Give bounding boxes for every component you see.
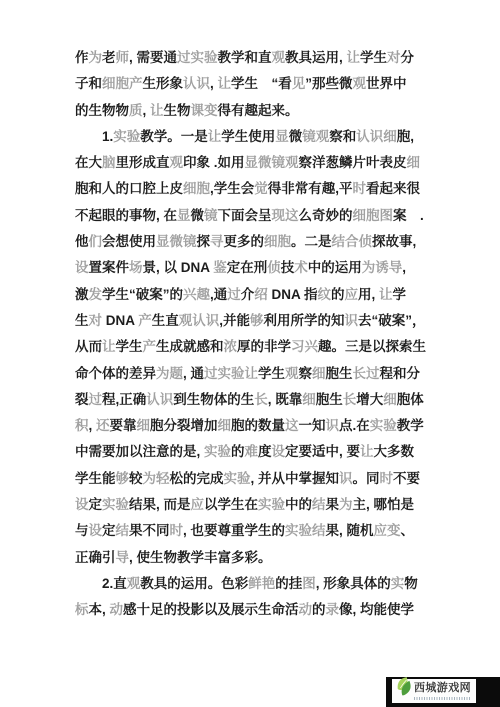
dark-text-run: 用, — [358, 287, 379, 302]
dark-text-run: 胞生 — [316, 392, 343, 407]
dark-text-run: 去“破案”， — [358, 313, 426, 328]
dark-text-run: 学生“破案”的 — [102, 287, 183, 302]
light-text-run: 为诱导 — [362, 260, 403, 275]
dark-text-run: 他 — [75, 234, 89, 249]
dark-text-run: 印象 .如用 — [183, 155, 245, 170]
dark-text-run: 教具运用, — [285, 50, 347, 65]
dark-text-run: 老 — [102, 50, 116, 65]
dark-text-run: 学生使用 — [221, 129, 275, 144]
dark-text-run: 定 — [89, 497, 103, 512]
light-text-run: 识 — [345, 313, 359, 328]
dark-text-run: 么奇妙的 — [299, 208, 353, 223]
watermark-subtext — [414, 697, 470, 700]
dark-text-run: 里形成直 — [116, 155, 170, 170]
dark-text-run: 胞体 — [397, 392, 424, 407]
dark-text-run: 察 — [299, 366, 313, 381]
dark-text-run: 主, 哪怕是 — [353, 497, 415, 512]
light-text-run: 轻 — [156, 471, 170, 486]
light-text-run: 导 — [116, 550, 130, 565]
light-text-run: 镜 — [302, 129, 316, 144]
watermark-panel: 西城游戏网 — [386, 677, 500, 707]
light-text-run: 实验 — [191, 50, 218, 65]
dark-text-run: 的挂 — [275, 576, 302, 591]
dark-text-run: 察和 — [329, 129, 356, 144]
dark-text-run: 以学生在 — [204, 497, 258, 512]
dark-text-run: 、 — [401, 523, 415, 538]
dark-text-run: , — [402, 260, 406, 275]
light-text-run: 让 — [102, 339, 116, 354]
light-text-run: 观 — [285, 155, 299, 170]
dark-text-run: 教学和直 — [218, 50, 272, 65]
dark-text-run: 定要适中, 要 — [285, 444, 360, 459]
dark-text-run: DNA 指 — [268, 287, 318, 302]
light-text-run: 实验 — [204, 444, 231, 459]
light-text-run: 质 — [129, 103, 143, 118]
dark-text-run: 学生 “看 — [231, 76, 292, 91]
dark-text-run: , 也要尊重学生的 — [183, 523, 285, 538]
light-text-run: 产 — [143, 339, 157, 354]
dark-text-run: 世界中 — [366, 76, 407, 91]
light-text-run: 习兴 — [291, 339, 318, 354]
light-text-run: 实验 — [370, 418, 397, 433]
dark-text-run: 的 — [331, 287, 345, 302]
light-text-run: 现这 — [272, 208, 299, 223]
dark-text-run: 裂 — [75, 392, 89, 407]
dark-text-run: 利用所学的知 — [264, 313, 345, 328]
light-text-run: 细胞 — [264, 234, 291, 249]
dark-text-run: 生 — [75, 313, 89, 328]
light-text-run: 发 — [89, 287, 103, 302]
dark-text-run: 物 — [404, 576, 418, 591]
document-body: 作为老师, 需要通过实验教学和直观教具运用, 让学生对分子和细胞产生形象认识, … — [75, 45, 429, 624]
light-text-run: 结 — [116, 523, 130, 538]
light-text-run: 对 — [387, 50, 401, 65]
dark-text-run: 生物 — [164, 103, 191, 118]
text-line: 胞和人的口腔上皮细胞,学生会觉得非常有趣,平时看起来很 — [75, 176, 429, 202]
light-text-run: 让 — [150, 103, 164, 118]
watermark-site-name: 西城游戏网 — [414, 682, 474, 695]
dark-text-run: ,并能 — [219, 313, 250, 328]
light-text-run: 过 — [177, 50, 191, 65]
dark-text-run: 学生能 — [75, 471, 116, 486]
dark-text-run: 点.在 — [339, 418, 370, 433]
light-text-run: 产 — [129, 76, 143, 91]
light-text-run: 实验 — [258, 497, 285, 512]
light-text-run: 够 — [250, 313, 264, 328]
dark-text-run: 教学。一是 — [140, 129, 208, 144]
light-text-run: 长 — [343, 392, 357, 407]
watermark-box: 西城游戏网 — [392, 679, 476, 703]
dark-text-run: 会想使用 — [102, 234, 156, 249]
light-text-run: 难 — [245, 444, 259, 459]
light-text-run: 术 — [294, 260, 308, 275]
dark-text-run: , 通 — [183, 366, 204, 381]
dark-text-run: 教具的运用。色彩 — [140, 576, 248, 591]
dark-text-run: , — [89, 418, 97, 433]
light-text-run: 为 — [143, 471, 157, 486]
light-text-run: 显微镜 — [156, 234, 197, 249]
text-line: 他们会想使用显微镜探寻更多的细胞。二是结合侦探故事, — [75, 229, 429, 255]
light-text-run: 寻 — [210, 234, 224, 249]
dark-text-run: 1. — [102, 129, 113, 144]
light-text-run: 细胞 — [102, 76, 129, 91]
dark-text-run: 分 — [401, 50, 415, 65]
dark-text-run: 胞, — [397, 129, 414, 144]
light-text-run: 显微镜 — [245, 155, 286, 170]
dark-text-run: 在大 — [75, 155, 102, 170]
dark-text-run: 增大 — [356, 392, 383, 407]
dark-text-run: 定在刑 — [227, 260, 268, 275]
dark-text-run: 微 — [289, 129, 303, 144]
light-text-run: 过 — [89, 392, 103, 407]
text-line: 与设定结果不同时, 也要尊重学生的实验结果, 随机应变、 — [75, 518, 429, 544]
light-text-run: 让 — [218, 76, 232, 91]
light-text-run: 细 — [218, 418, 232, 433]
light-text-run: 纹 — [318, 287, 332, 302]
light-text-run: 还 — [96, 418, 110, 433]
text-line: 裂过程,正确认识到生物体的生长, 既靠细胞生长增大细胞体 — [75, 387, 429, 413]
light-text-run: 观 — [285, 366, 299, 381]
light-text-run: 设 — [89, 523, 103, 538]
dark-text-run: 技 — [281, 260, 295, 275]
dark-text-run: ”那些微 — [305, 76, 352, 91]
dark-text-run: 微 — [191, 208, 205, 223]
dark-text-run: 不要 — [393, 471, 420, 486]
light-text-run: 动 — [299, 602, 313, 617]
dark-text-run: 度 — [258, 444, 272, 459]
dark-text-run: 看起来很 — [366, 181, 420, 196]
text-line: 在大脑里形成直观印象 .如用显微镜观察洋葱鳞片叶表皮细 — [75, 150, 429, 176]
dark-text-run: 果不同 — [129, 523, 170, 538]
dark-text-run: 大多数 — [374, 444, 415, 459]
dark-text-run: 介 — [241, 287, 255, 302]
dark-text-run: , 既靠 — [268, 392, 303, 407]
text-line: 不起眼的事物, 在显微镜下面会呈现这么奇妙的细胞图案 . — [75, 203, 429, 229]
dark-text-run: , 形象具体的 — [316, 576, 391, 591]
light-text-run: 兴趣 — [183, 287, 210, 302]
dark-text-run: 感十足的投影以及展示生命活 — [123, 602, 299, 617]
text-line: 设定实验结果, 而是应以学生在实验中的结果为主, 哪怕是 — [75, 492, 429, 518]
dark-text-run: 到生物体的生 — [173, 392, 254, 407]
dark-text-run: 与 — [75, 523, 89, 538]
light-text-run: 对 — [89, 313, 103, 328]
dark-text-run: 命个体的差异 — [75, 366, 156, 381]
light-text-run: 图 — [302, 576, 316, 591]
light-text-run: 让 — [208, 129, 222, 144]
dark-text-run: 胞的数量 — [231, 418, 285, 433]
dark-text-run: 胞和人的口腔上皮 — [75, 181, 183, 196]
text-line: 正确引导, 使生物教学丰富多彩。 — [75, 545, 429, 571]
light-text-run: 实验 — [102, 497, 129, 512]
text-line: 激发学生“破案”的兴趣,通过介绍 DNA 指纹的应用, 让学 — [75, 282, 429, 308]
dark-text-run: , 需要通 — [129, 50, 177, 65]
light-text-run: 细 — [302, 392, 316, 407]
text-line: 生对 DNA 产生直观认识,并能够利用所学的知识去“破案”， — [75, 308, 429, 334]
dark-text-run: 生直 — [152, 313, 179, 328]
light-text-run: 这 — [285, 418, 299, 433]
text-line: 命个体的差异为题, 通过实验让学生观察细胞生长过程和分 — [75, 361, 429, 387]
dark-text-run: 。同 — [353, 471, 380, 486]
dark-text-run: 较 — [129, 471, 143, 486]
light-text-run: 结 — [312, 497, 326, 512]
text-line: 积, 还要靠细胞分裂增加细胞的数量这一知识点.在实验教学 — [75, 413, 429, 439]
dark-text-run: 中的 — [285, 497, 312, 512]
dark-text-run: 定 — [102, 523, 116, 538]
light-text-run: 观认识 — [179, 313, 220, 328]
dark-text-run: 学生 — [258, 366, 285, 381]
scanned-page: { "page": { "background": "#ffffff", "te… — [0, 0, 500, 707]
light-text-run: 显 — [177, 208, 191, 223]
light-text-run: 时 — [353, 181, 367, 196]
light-text-run: 让 — [347, 50, 361, 65]
light-text-run: 师 — [116, 50, 130, 65]
dark-text-run: , — [143, 103, 151, 118]
light-text-run: 显 — [275, 129, 289, 144]
dark-text-run: 得有趣起来。 — [218, 103, 299, 118]
dark-text-run: 从而 — [75, 339, 102, 354]
light-text-run: 应变 — [374, 523, 401, 538]
light-text-run: 们 — [89, 234, 103, 249]
dark-text-run: 结果, 而是 — [129, 497, 191, 512]
light-text-run: 实验结 — [285, 523, 326, 538]
dark-text-run: ,通 — [210, 287, 227, 302]
light-text-run: 够 — [116, 471, 130, 486]
dark-text-run: 本, — [89, 602, 110, 617]
dark-text-run: 的 — [312, 602, 326, 617]
dark-text-run: 子和 — [75, 76, 102, 91]
light-text-run: 认识细 — [356, 129, 397, 144]
light-text-run: 实验 — [113, 129, 140, 144]
light-text-run: 标 — [75, 602, 89, 617]
light-text-run: 觉 — [254, 181, 268, 196]
light-text-run: 观 — [272, 50, 286, 65]
dark-text-run: 松的完成 — [170, 471, 224, 486]
light-text-run: 设 — [272, 444, 286, 459]
dark-text-run: 程,正确 — [102, 392, 146, 407]
light-text-run: 实验 — [224, 471, 251, 486]
light-text-run: 动 — [110, 602, 124, 617]
dark-text-run: 更多的 — [224, 234, 265, 249]
dark-text-run: 案 . — [393, 208, 424, 223]
light-text-run: 应 — [345, 287, 359, 302]
light-text-run: 观 — [353, 76, 367, 91]
dark-text-run: 学生 — [360, 50, 387, 65]
light-text-run: 录 — [326, 602, 340, 617]
light-text-run: 让 — [360, 444, 374, 459]
light-text-run: 识 — [326, 418, 340, 433]
light-text-run: 长 — [254, 392, 268, 407]
dark-text-run: 不起眼的事物, 在 — [75, 208, 177, 223]
dark-text-run: 正确引 — [75, 550, 116, 565]
light-text-run: 为 — [89, 50, 103, 65]
dark-text-run: 胞分裂增加 — [150, 418, 218, 433]
text-line: 标本, 动感十足的投影以及展示生命活动的录像, 均能使学 — [75, 597, 429, 623]
light-text-run: 长过 — [353, 366, 380, 381]
dark-text-run: 要靠 — [110, 418, 137, 433]
light-text-run: 观 — [127, 576, 141, 591]
light-text-run: 为题 — [156, 366, 183, 381]
dark-text-run: 果, 随机 — [326, 523, 374, 538]
dark-text-run: 生成就感和 — [156, 339, 224, 354]
light-text-run: 侦 — [267, 260, 281, 275]
light-text-run: 让 — [245, 366, 259, 381]
light-text-run: 应 — [191, 497, 205, 512]
text-line: 作为老师, 需要通过实验教学和直观教具运用, 让学生对分 — [75, 45, 429, 71]
text-line: 设置案件场景, 以 DNA 鉴定在刑侦技术中的运用为诱导, — [75, 255, 429, 281]
dark-text-run: 胞生 — [326, 366, 353, 381]
light-text-run: 细 — [137, 418, 151, 433]
text-line: 中需要加以注意的是, 实验的难度设定要适中, 要让大多数 — [75, 439, 429, 465]
text-line: 学生能够较为轻松的完成实验, 并从中掌握知识。同时不要 — [75, 466, 429, 492]
light-text-run: 绍 — [254, 287, 268, 302]
light-text-run: 镜 — [204, 208, 218, 223]
dark-text-run: 2.直 — [102, 576, 127, 591]
light-text-run: 脑 — [102, 155, 116, 170]
light-text-run: 识 — [339, 471, 353, 486]
light-text-run: 过实验 — [204, 366, 245, 381]
light-text-run: 认识 — [146, 392, 173, 407]
dark-text-run: 作 — [75, 50, 89, 65]
dark-text-run: 像, 均能使学 — [339, 602, 414, 617]
light-text-run: 鉴 — [213, 260, 227, 275]
light-text-run: 细 — [312, 366, 326, 381]
text-line: 1.实验教学。一是让学生使用显微镜观察和认识细胞, — [75, 124, 429, 150]
light-text-run: 见 — [292, 76, 306, 91]
text-line: 的生物物质, 让生物课变得有趣起来。 — [75, 98, 429, 124]
dark-text-run: 一知 — [299, 418, 326, 433]
light-text-run: 积 — [75, 418, 89, 433]
dark-text-run: 得非常有趣,平 — [268, 181, 353, 196]
dark-text-run: 生形象 — [143, 76, 184, 91]
dark-text-run: 程和分 — [380, 366, 421, 381]
watermark-text-block: 西城游戏网 — [414, 682, 474, 700]
dark-text-run: 探故事, — [372, 234, 416, 249]
light-text-run: 课变 — [191, 103, 218, 118]
text-line: 从而让学生产生成就感和浓厚的非学习兴趣。三是以探索生 — [75, 334, 429, 360]
dark-text-run: 置案件 — [89, 260, 130, 275]
dark-text-run: 。二是 — [291, 234, 332, 249]
leaf-icon — [395, 674, 413, 700]
dark-text-run: 厚的非学 — [237, 339, 291, 354]
light-text-run: 让 — [379, 287, 393, 302]
light-text-run: 观 — [170, 155, 184, 170]
light-text-run: 设 — [75, 260, 89, 275]
light-text-run: 鲜艳 — [248, 576, 275, 591]
dark-text-run: , 使生物教学丰富多彩。 — [129, 550, 272, 565]
dark-text-run: 下面会呈 — [218, 208, 272, 223]
dark-text-run: , 并从中掌握知 — [251, 471, 340, 486]
light-text-run: 实 — [391, 576, 405, 591]
dark-text-run: 激 — [75, 287, 89, 302]
dark-text-run: 学 — [393, 287, 407, 302]
light-text-run: 时 — [170, 523, 184, 538]
light-text-run: 认识 — [183, 76, 210, 91]
dark-text-run: 果 — [326, 497, 340, 512]
dark-text-run: 教学 — [397, 418, 424, 433]
dark-text-run: , — [210, 76, 218, 91]
light-text-run: 细胞图 — [353, 208, 394, 223]
dark-text-run: 趣。三是以探索生 — [318, 339, 426, 354]
dark-text-run: ,学生会 — [210, 181, 254, 196]
light-text-run: 设 — [75, 497, 89, 512]
dark-text-run: 学生 — [116, 339, 143, 354]
light-text-run: 观 — [316, 129, 330, 144]
dark-text-run: 的 — [231, 444, 245, 459]
light-text-run: 产 — [138, 313, 152, 328]
dark-text-run: 的生物物 — [75, 103, 129, 118]
light-text-run: 细胞 — [183, 181, 210, 196]
light-text-run: 细 — [383, 392, 397, 407]
dark-text-run: 探 — [197, 234, 211, 249]
light-text-run: 结合侦 — [332, 234, 373, 249]
light-text-run: 时 — [380, 471, 394, 486]
light-text-run: 细 — [407, 155, 421, 170]
text-line: 2.直观教具的运用。色彩鲜艳的挂图, 形象具体的实物 — [75, 571, 429, 597]
dark-text-run: 中的运用 — [308, 260, 362, 275]
dark-text-run: 察洋葱鳞片叶表皮 — [299, 155, 407, 170]
light-text-run: 浓 — [224, 339, 238, 354]
dark-text-run: DNA — [102, 313, 138, 328]
light-text-run: 过 — [227, 287, 241, 302]
light-text-run: 为 — [339, 497, 353, 512]
dark-text-run: 中需要加以注意的是, — [75, 444, 204, 459]
light-text-run: 场 — [129, 260, 143, 275]
text-line: 子和细胞产生形象认识, 让学生 “看见”那些微观世界中 — [75, 71, 429, 97]
dark-text-run: 景, 以 DNA — [143, 260, 214, 275]
